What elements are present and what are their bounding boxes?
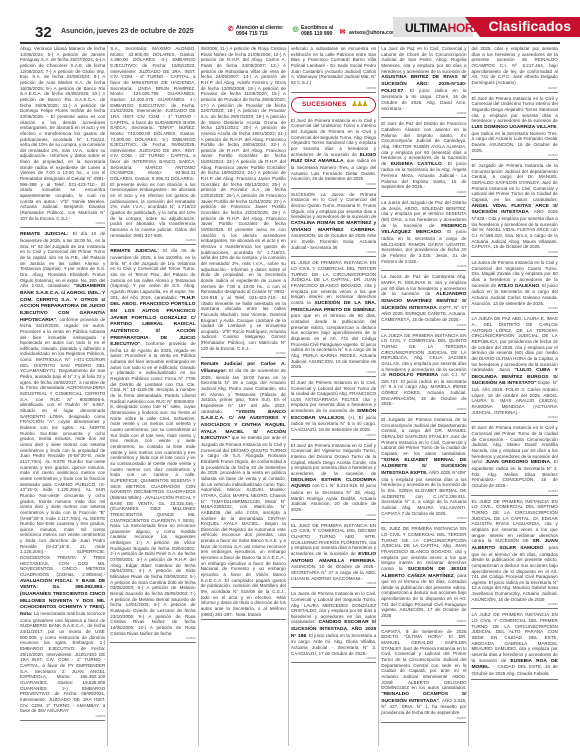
notice-code: 102860 [201,351,286,355]
page-number: 32 [35,24,52,41]
classified-notice: LA JUEZA DE PAZ ABG. LAURA E. IMAS A., D… [471,316,557,422]
notice-code: 102841 [471,153,557,157]
classified-notice: La Jueza de Paz de Cambyretá Abg. MARIA … [381,274,466,329]
section-title: Clasificados [489,18,571,34]
notice-body: S.A., Secretaría: MÁXIMO ALONSO, Monto: … [110,46,195,238]
notice-caption: LUIS DOMINGO UGARRIZA VILLATE [471,125,556,130]
header-divider [20,42,560,44]
classified-notice: El Juez de Primera Instancia en lo Civil… [291,118,376,189]
envelope-icon: ✉ [339,29,346,37]
notice-code: 102829 [381,516,466,520]
notice-code: 102836 [381,323,466,327]
notice-body-3: La mencionada matrícula reconoce como gr… [20,611,105,713]
notice-body: vehículo a subastarse se encuentra en ex… [291,46,376,85]
notice-body-2: , para que en el término de 60 días, con… [471,545,557,602]
notice-code: 102843 [291,581,376,585]
notice-body: del 2025, citar y emplazar por sesenta d… [471,46,557,85]
column-4: vehículo a subastarse se encuentra en ex… [291,46,379,746]
notice-title: REMATE JUDICIAL: [20,232,73,237]
whatsapp-contact: ◎ Escribinos al 0985 119 999 [301,25,333,37]
notice-body: LA JUEZA DE PAZ ABG. LAURA E. IMAS A., D… [471,316,557,372]
notice-body: EL JUEZ DE PRIMERA INSTANCIA EN LO CIVIL… [381,526,466,571]
notice-body: El Juez de Paz del Distrito de Francisco… [381,121,466,166]
classified-notice: SUCESIÓN La Jueza de Primera Instancia e… [291,192,376,258]
notice-body: LA JUEZA DE PRIMERA INSTANCIA EN LO CIVI… [381,333,466,378]
notice-code: 102837 [381,716,466,720]
notice-body: LA JUEZ DE PRIMERA INSTANCIA EN LO CIVIL… [471,612,557,662]
classified-notice: vehículo a subastarse se encuentra en ex… [291,46,376,93]
attention-phone: 0994 715 715 [236,31,284,37]
notice-caption: CATALINA ROMÁN DE MARTÍNEZ y VIVIANO MAR… [291,221,376,233]
notice-code: 102842 [291,513,376,517]
notice-body-2: , conforme proveído de fecha 16/10/2025,… [20,317,105,578]
notice-body: 09/2006; 11-) A petición de Rosa Cristin… [201,46,286,351]
classified-notice: EL JUEZ DE PRIMERA INSTANCIA EN LO CIVIL… [471,499,557,610]
classified-notice: La Jueza de Primera Instancia en lo Civi… [291,591,376,663]
classified-notice: EL JUEZ DE PRIMERA INSTANCIA EN LO CIVIL… [381,526,466,626]
classified-notice: La Jueza del Juzgado de Paz del Distrito… [381,200,466,271]
phone-icon: ✆ [227,26,234,34]
notice-body: El día 10 de Noviembre de 2025, a las 15… [20,231,105,288]
column-6: del 2025, citar y emplazar por sesenta d… [471,46,559,746]
notice-code: 102834 [381,619,466,623]
notice-code: 102845 [291,656,376,660]
notice-code: 102831 [471,489,557,493]
column-2: S.A., Secretaría: MÁXIMO ALONSO, Monto: … [110,46,198,746]
section-header-sucesiones: SUCESIONES♟♟♟ [291,97,376,113]
page-header: 32 Asunción, jueves 23 de octubre de 202… [0,0,580,46]
notice-code: 102859 [110,636,195,640]
notice-code: 102827 [291,433,376,437]
classified-notice: El Juzgado de Primera Instancia de la Ci… [381,417,466,523]
notice-body-2: , para que en el término de 60 días, con… [291,307,376,370]
classified-notice: El Juez de Primera Instancia en lo Civil… [291,380,376,440]
whatsapp-phone: 0985 119 999 [301,31,333,37]
publication-date: Asunción, jueves 23 de octubre de 2025 [61,28,194,35]
notice-code: 102840 [110,238,195,242]
classified-notice: S.A., Secretaría: MÁXIMO ALONSO, Monto: … [110,46,195,245]
notice-body: El día 06 de noviembre de 2025, a las 15… [110,248,195,299]
notice-body: Abog. Verónica Liliana Maneco de fecha 1… [20,46,105,221]
classified-notice: El Juez de Primera Instancia en lo Civil… [291,443,376,520]
notice-body-2: , para que en el término de 60 días, con… [381,573,466,619]
notice-body: El Juez de Primera Instancia en lo Civil… [291,443,376,476]
classified-notice: REMATE JUDICIAL: El día 10 de Noviembre … [20,231,105,720]
notice-code: 102837 [471,86,557,90]
notice-code: 102863 [291,86,376,90]
column-5: La Juez de Paz en lo Civil, Comercial y … [381,46,469,746]
column-3: 09/2006; 11-) A petición de Rosa Cristin… [201,46,289,746]
notice-code: 102835 [381,111,466,115]
classifieds-columns: Abog. Verónica Liliana Maneco de fecha 1… [20,46,560,756]
classified-notice: REMATE JUDICIAL: El día 06 de noviembre … [110,248,195,643]
notice-caption: ATILIO GALEANO [497,284,539,289]
notice-code: 102838 [471,250,557,254]
column-1: Abog. Verónica Liliana Maneco de fecha 1… [20,46,108,746]
whatsapp-icon: ◎ [292,26,299,34]
notice-code: 102862 [291,182,376,186]
classified-notice: El Juez de Primera Instancia en lo Civil… [471,96,557,161]
notice-body: El Juzgado de Primera Instancia de la Ci… [471,163,557,202]
notice-code: 102853 [20,714,105,718]
classified-notice: EL JUEZ DE PRIMERA INSTANCIA EN LO CIVIL… [291,523,376,589]
notice-body-2: , conforme proveído de fecha 12 de Agost… [110,341,195,635]
notice-code: 102839 [471,306,557,310]
notice-code: 102816 [291,370,376,374]
notice-body: El Juez de Primera Instancia en lo Civil… [471,96,557,124]
notice-body-2: . AÑO 2025 N°429.- Cita y emplaza por se… [471,209,557,249]
classified-notice: El Juzgado de Primera Instancia de la Ci… [471,163,557,257]
notice-code: 102833 [381,407,466,411]
notice-body: EL JUEZ DE PRIMERA INSTANCIA EN LO CIVIL… [291,523,376,556]
notice-body: CAPIATÁ, 9 de Setiembre de 2025 EDICTO "… [381,629,466,691]
notice-caption: "R.H.P. DEL ABOG. FRANCISCO PORTILLO EN … [110,296,195,348]
logo-part1: ULTIMA [405,21,448,35]
classified-notice: CAPIATÁ, 9 de Setiembre de 2025 EDICTO "… [381,629,466,723]
classified-notice: LA JUEZA DE PRIMERA INSTANCIA EN LO CIVI… [381,333,466,415]
notice-body: La Juez de Paz en lo Civil, Comercial y … [381,46,466,74]
classified-notice: 09/2006; 11-) A petición de Rosa Cristin… [201,46,286,358]
notice-code: 102826 [381,190,466,194]
classified-notice: del 2025, citar y emplazar por sesenta d… [471,46,557,93]
notice-body-2: que se tramita por ante el Juzgado de Pr… [201,435,286,616]
classified-notice: Remate Judicial por Carlos A. Villamayor… [201,361,286,620]
classified-notice: Abog. Verónica Liliana Maneco de fecha 1… [20,46,105,228]
notice-body: El Juez de Primera Instancia en lo Civil… [291,118,376,157]
notice-body: EL JUEZ DE PRIMERA INSTANCIA EN LO CIVIL… [291,260,376,305]
notice-body-2: AÑO 2025 N°408" cita y emplaza por sesen… [381,470,466,516]
notice-code: 102844 [471,415,557,419]
classified-notice: EL JUEZ DE PRIMERA INSTANCIA EN LO CIVIL… [291,260,376,376]
notice-title: REMATE JUDICIAL: [110,249,163,254]
classified-notice: El Juez de Primera Instancia en lo Civil… [471,425,557,495]
classified-notice: LA JUEZ DE PRIMERA INSTANCIA EN LO CIVIL… [471,612,557,679]
notice-caption: JUAN GREGORIO MEDINA [485,460,550,465]
notice-code: 102862 [20,221,105,225]
notice-body: EL JUEZ DE PRIMERA INSTANCIA EN LO CIVIL… [471,499,557,544]
notice-code: 102828 [381,264,466,268]
notice-caption: RODOLFO PEREIRA [389,373,438,378]
people-group-icon: ♟♟♟ [351,100,367,108]
notice-body: El Juez de Primera Instancia en lo Civil… [471,425,557,464]
section-label: SUCESIONES [302,101,347,108]
classified-notice: La Juez de Paz en lo Civil, Comercial y … [381,46,466,118]
notice-body: El Juzgado de Primera Instancia de la Ci… [381,417,466,456]
classified-notice: El Juez de Paz del Distrito de Francisco… [381,121,466,197]
notice-code: 102832 [471,602,557,606]
classified-notice: La Jueza de Primera Instancia en lo Civi… [471,260,557,313]
notice-body: El día 06 de noviembre de 2025, siendo l… [201,368,286,414]
customer-service-contact: ✆ Atención al cliente: 0994 715 715 [236,25,284,37]
notice-code: 102846 [291,250,376,254]
notice-body: SUCESIÓN La Jueza de Primera Instancia e… [291,192,376,220]
